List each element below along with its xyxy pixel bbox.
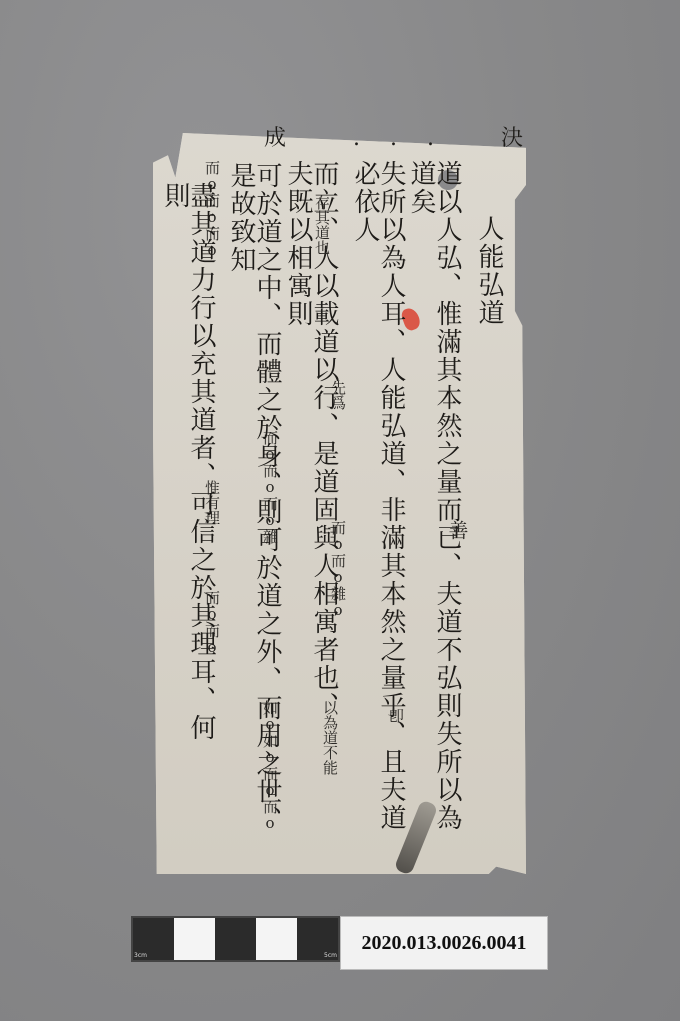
text-column-2: 失所以為人耳、人能弘道、非滿其本然之量乎、且夫道必依人 [352, 160, 404, 850]
scale-block [174, 918, 215, 960]
interlinear-note-2c: 卽 [388, 708, 403, 723]
document-title: 人能弘道 [476, 215, 502, 327]
text-column-4: 可於道之中、而體之於身、則可於道之外、而用之世、是故致知 [228, 162, 280, 842]
scale-label-left: 3cm [134, 952, 147, 959]
text-column-5: 盡其道力行以充其道者、可信之於其理耳、何則 [162, 182, 214, 762]
scale-block [215, 918, 256, 960]
scale-label-right: 5cm [324, 952, 337, 959]
margin-note-1: 善 [447, 520, 467, 540]
scale-block: 3cm [133, 918, 174, 960]
scale-block: 5cm [297, 918, 338, 960]
color-scale-bar: 3cm 5cm [131, 916, 340, 962]
scale-block [256, 918, 297, 960]
interlinear-note-3c: 以為道不能 [322, 700, 337, 775]
accession-number-label: 2020.013.0026.0041 [340, 916, 548, 970]
text-column-1: 道以人弘、惟滿其本然之量而已、夫道不弘則失所以為道矣 [408, 160, 460, 850]
interlinear-note-3a: 存其道也 [314, 195, 329, 255]
top-fragment-text: 成 ... 決 [264, 128, 553, 150]
